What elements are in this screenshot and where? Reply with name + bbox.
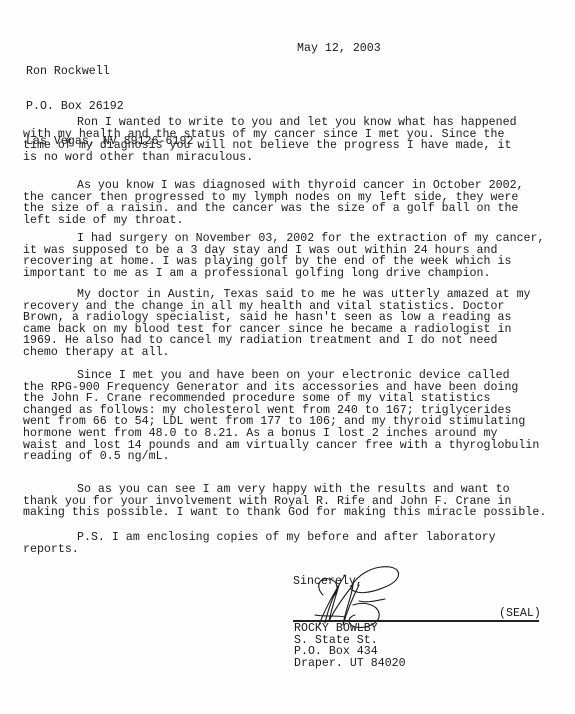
text-line: left side of my throat.: [23, 215, 524, 227]
sender-po-box: P.O. Box 26192: [26, 101, 193, 113]
signer-name: ROCKY BOWLBY: [294, 623, 406, 635]
text-line: So as you can see I am very happy with t…: [23, 484, 546, 496]
text-line: reading of 0.5 ng/mL.: [23, 451, 539, 463]
paragraph-greeting: Ron I wanted to write to you and let you…: [23, 117, 517, 163]
signer-block: ROCKY BOWLBY S. State St. P.O. Box 434 D…: [294, 623, 406, 669]
text-line: As you know I was diagnosed with thyroid…: [23, 180, 524, 192]
letter-date: May 12, 2003: [297, 43, 381, 55]
signer-city: Draper. UT 84020: [294, 658, 406, 670]
paragraph-statistics: Since I met you and have been on your el…: [23, 370, 539, 463]
text-line: I had surgery on November 03, 2002 for t…: [23, 233, 544, 245]
seal-label: (SEAL): [499, 608, 541, 620]
text-line: is no word other than miraculous.: [23, 152, 517, 164]
text-line: making this possible. I want to thank Go…: [23, 507, 546, 519]
paragraph-surgery: I had surgery on November 03, 2002 for t…: [23, 233, 544, 279]
text-line: hormone went from 48.0 to 8.21. As a bon…: [23, 428, 539, 440]
paragraph-doctor: My doctor in Austin, Texas said to me he…: [23, 289, 531, 359]
text-line: P.S. I am enclosing copies of my before …: [23, 532, 496, 544]
paragraph-postscript: P.S. I am enclosing copies of my before …: [23, 532, 496, 555]
text-line: chemo therapy at all.: [23, 347, 531, 359]
text-line: Ron I wanted to write to you and let you…: [23, 117, 517, 129]
text-line: My doctor in Austin, Texas said to me he…: [23, 289, 531, 301]
sender-name: Ron Rockwell: [26, 66, 193, 78]
paragraph-thanks: So as you can see I am very happy with t…: [23, 484, 546, 519]
letter-page: Ron Rockwell P.O. Box 26192 Las Vegas, N…: [0, 0, 575, 714]
paragraph-diagnosis: As you know I was diagnosed with thyroid…: [23, 180, 524, 226]
text-line: reports.: [23, 544, 496, 556]
text-line: Since I met you and have been on your el…: [23, 370, 539, 382]
text-line: important to me as I am a professional g…: [23, 268, 544, 280]
